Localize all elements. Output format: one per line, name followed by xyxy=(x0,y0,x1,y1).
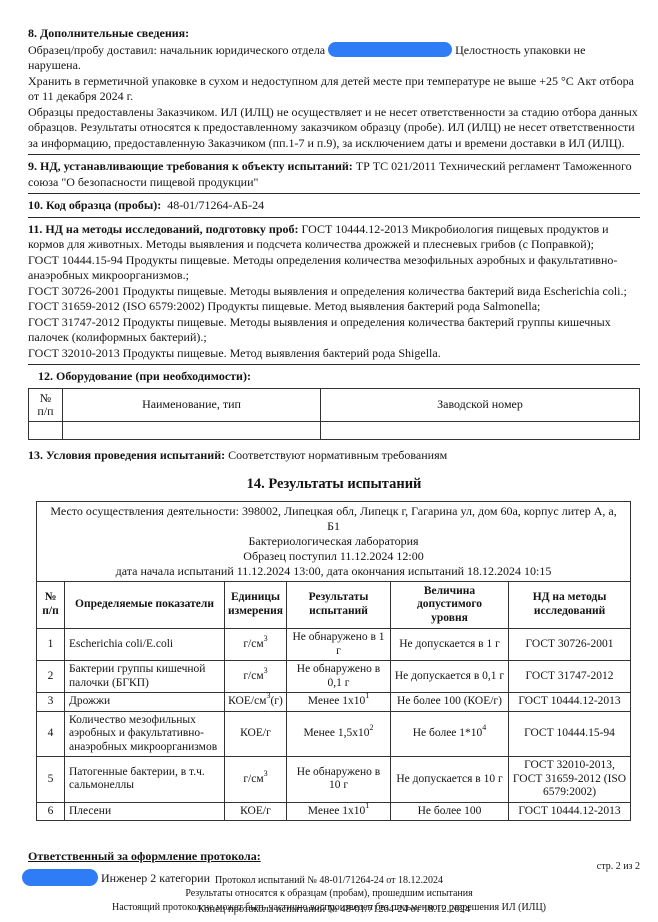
indicator-cell: Escherichia coli/E.coli xyxy=(65,629,225,661)
result-cell: Не обнаружено в 10 г xyxy=(287,757,391,803)
section-11-title: 11. НД на методы исследований, подготовк… xyxy=(28,222,299,236)
method-cell: ГОСТ 30726-2001 xyxy=(509,629,631,661)
results-col-result: Результаты испытаний xyxy=(287,581,391,629)
test-conditions-text: Соответствуют нормативным требованиям xyxy=(228,448,447,462)
results-row: 1Escherichia coli/E.coliг/см3Не обнаруже… xyxy=(37,629,631,661)
sample-code: 48-01/71264-АБ-24 xyxy=(167,198,264,212)
method-cell: ГОСТ 10444.12-2013 xyxy=(509,802,631,821)
equipment-col-num: № п/п xyxy=(29,388,63,421)
page-number: стр. 2 из 2 xyxy=(0,860,658,874)
footer-line-3: Настоящий протокол не может быть частичн… xyxy=(0,901,658,915)
result-cell: Менее 1,5x102 xyxy=(287,711,391,757)
row-number-cell: 6 xyxy=(37,802,65,821)
section-13-title: 13. Условия проведения испытаний: xyxy=(28,448,225,462)
results-row: 6ПлесениКОЕ/гМенее 1x101Не более 100ГОСТ… xyxy=(37,802,631,821)
result-cell: Менее 1x101 xyxy=(287,693,391,712)
section-10: 10. Код образца (пробы): 48-01/71264-АБ-… xyxy=(28,198,640,218)
results-col-method: НД на методы исследований xyxy=(509,581,631,629)
result-cell: Не обнаружено в 0,1 г xyxy=(287,661,391,693)
section-11: 11. НД на методы исследований, подготовк… xyxy=(28,222,640,366)
method-cell: ГОСТ 10444.12-2013 xyxy=(509,693,631,712)
results-col-limit: Величина допустимого уровня xyxy=(391,581,509,629)
section-10-title: 10. Код образца (пробы): xyxy=(28,198,161,212)
results-row: 2Бактерии группы кишечной палочки (БГКП)… xyxy=(37,661,631,693)
results-row: 5Патогенные бактерии, в т.ч. сальмонеллы… xyxy=(37,757,631,803)
unit-cell: КОЕ/г xyxy=(225,711,287,757)
section-8-line1: Образец/пробу доставил: начальник юридич… xyxy=(28,42,640,74)
section-12-title: 12. Оборудование (при необходимости): xyxy=(38,369,640,385)
limit-cell: Не более 1*104 xyxy=(391,711,509,757)
limit-cell: Не допускается в 0,1 г xyxy=(391,661,509,693)
method-cell: ГОСТ 31747-2012 xyxy=(509,661,631,693)
unit-cell: г/см3 xyxy=(225,757,287,803)
indicator-cell: Количество мезофильных аэробных и факуль… xyxy=(65,711,225,757)
section-8-title: 8. Дополнительные сведения: xyxy=(28,26,640,42)
section-9: 9. НД, устанавливающие требования к объе… xyxy=(28,159,640,194)
section-13: 13. Условия проведения испытаний: Соотве… xyxy=(28,448,640,464)
footer-line-2: Результаты относятся к образцам (пробам)… xyxy=(0,887,658,901)
row-number-cell: 2 xyxy=(37,661,65,693)
unit-cell: КОЕ/г xyxy=(225,802,287,821)
section-9-title: 9. НД, устанавливающие требования к объе… xyxy=(28,159,353,173)
equipment-col-serial: Заводской номер xyxy=(321,388,640,421)
page-footer: стр. 2 из 2 Протокол испытаний № 48-01/7… xyxy=(0,860,658,914)
equipment-table: № п/п Наименование, тип Заводской номер xyxy=(28,388,640,440)
row-number-cell: 5 xyxy=(37,757,65,803)
unit-cell: КОЕ/см3(г) xyxy=(225,693,287,712)
equipment-empty-row xyxy=(29,421,640,439)
unit-cell: г/см3 xyxy=(225,661,287,693)
results-col-unit: Единицы измерения xyxy=(225,581,287,629)
row-number-cell: 4 xyxy=(37,711,65,757)
equipment-col-name: Наименование, тип xyxy=(63,388,321,421)
results-table: Место осуществления деятельности: 398002… xyxy=(36,501,631,822)
results-info-block: Место осуществления деятельности: 398002… xyxy=(37,501,631,581)
limit-cell: Не допускается в 1 г xyxy=(391,629,509,661)
section-8: 8. Дополнительные сведения: Образец/проб… xyxy=(28,26,640,155)
indicator-cell: Плесени xyxy=(65,802,225,821)
limit-cell: Не допускается в 10 г xyxy=(391,757,509,803)
unit-cell: г/см3 xyxy=(225,629,287,661)
row-number-cell: 1 xyxy=(37,629,65,661)
section-8-line2: Хранить в герметичной упаковке в сухом и… xyxy=(28,74,640,105)
results-col-num: № п/п xyxy=(37,581,65,629)
method-cell: ГОСТ 32010-2013, ГОСТ 31659-2012 (ISO 65… xyxy=(509,757,631,803)
results-row: 4Количество мезофильных аэробных и факул… xyxy=(37,711,631,757)
indicator-cell: Бактерии группы кишечной палочки (БГКП) xyxy=(65,661,225,693)
activity-place: Место осуществления деятельности: 398002… xyxy=(45,504,622,534)
limit-cell: Не более 100 xyxy=(391,802,509,821)
limit-cell: Не более 100 (КОЕ/г) xyxy=(391,693,509,712)
result-cell: Не обнаружено в 1 г xyxy=(287,629,391,661)
result-cell: Менее 1x101 xyxy=(287,802,391,821)
results-header-row: № п/п Определяемые показатели Единицы из… xyxy=(37,581,631,629)
sample-received-date: Образец поступил 11.12.2024 12:00 xyxy=(45,549,622,564)
gost-methods-list: ГОСТ 10444.12-2013 Микробиология пищевых… xyxy=(28,222,627,360)
sample-delivered-by-text: Образец/пробу доставил: начальник юридич… xyxy=(28,43,325,57)
section-12: 12. Оборудование (при необходимости): № … xyxy=(28,369,640,440)
section-8-line3: Образцы предоставлены Заказчиком. ИЛ (ИЛ… xyxy=(28,105,640,152)
redaction-pill xyxy=(328,42,452,57)
laboratory-name: Бактериологическая лаборатория xyxy=(45,534,622,549)
results-row: 3ДрожжиКОЕ/см3(г)Менее 1x101Не более 100… xyxy=(37,693,631,712)
section-14-title: 14. Результаты испытаний xyxy=(28,477,640,493)
indicator-cell: Патогенные бактерии, в т.ч. сальмонеллы xyxy=(65,757,225,803)
method-cell: ГОСТ 10444.15-94 xyxy=(509,711,631,757)
results-col-indicator: Определяемые показатели xyxy=(65,581,225,629)
test-dates: дата начала испытаний 11.12.2024 13:00, … xyxy=(45,564,622,579)
protocol-page: 8. Дополнительные сведения: Образец/проб… xyxy=(0,0,658,922)
footer-line-1: Протокол испытаний № 48-01/71264-24 от 1… xyxy=(0,874,658,888)
indicator-cell: Дрожжи xyxy=(65,693,225,712)
row-number-cell: 3 xyxy=(37,693,65,712)
